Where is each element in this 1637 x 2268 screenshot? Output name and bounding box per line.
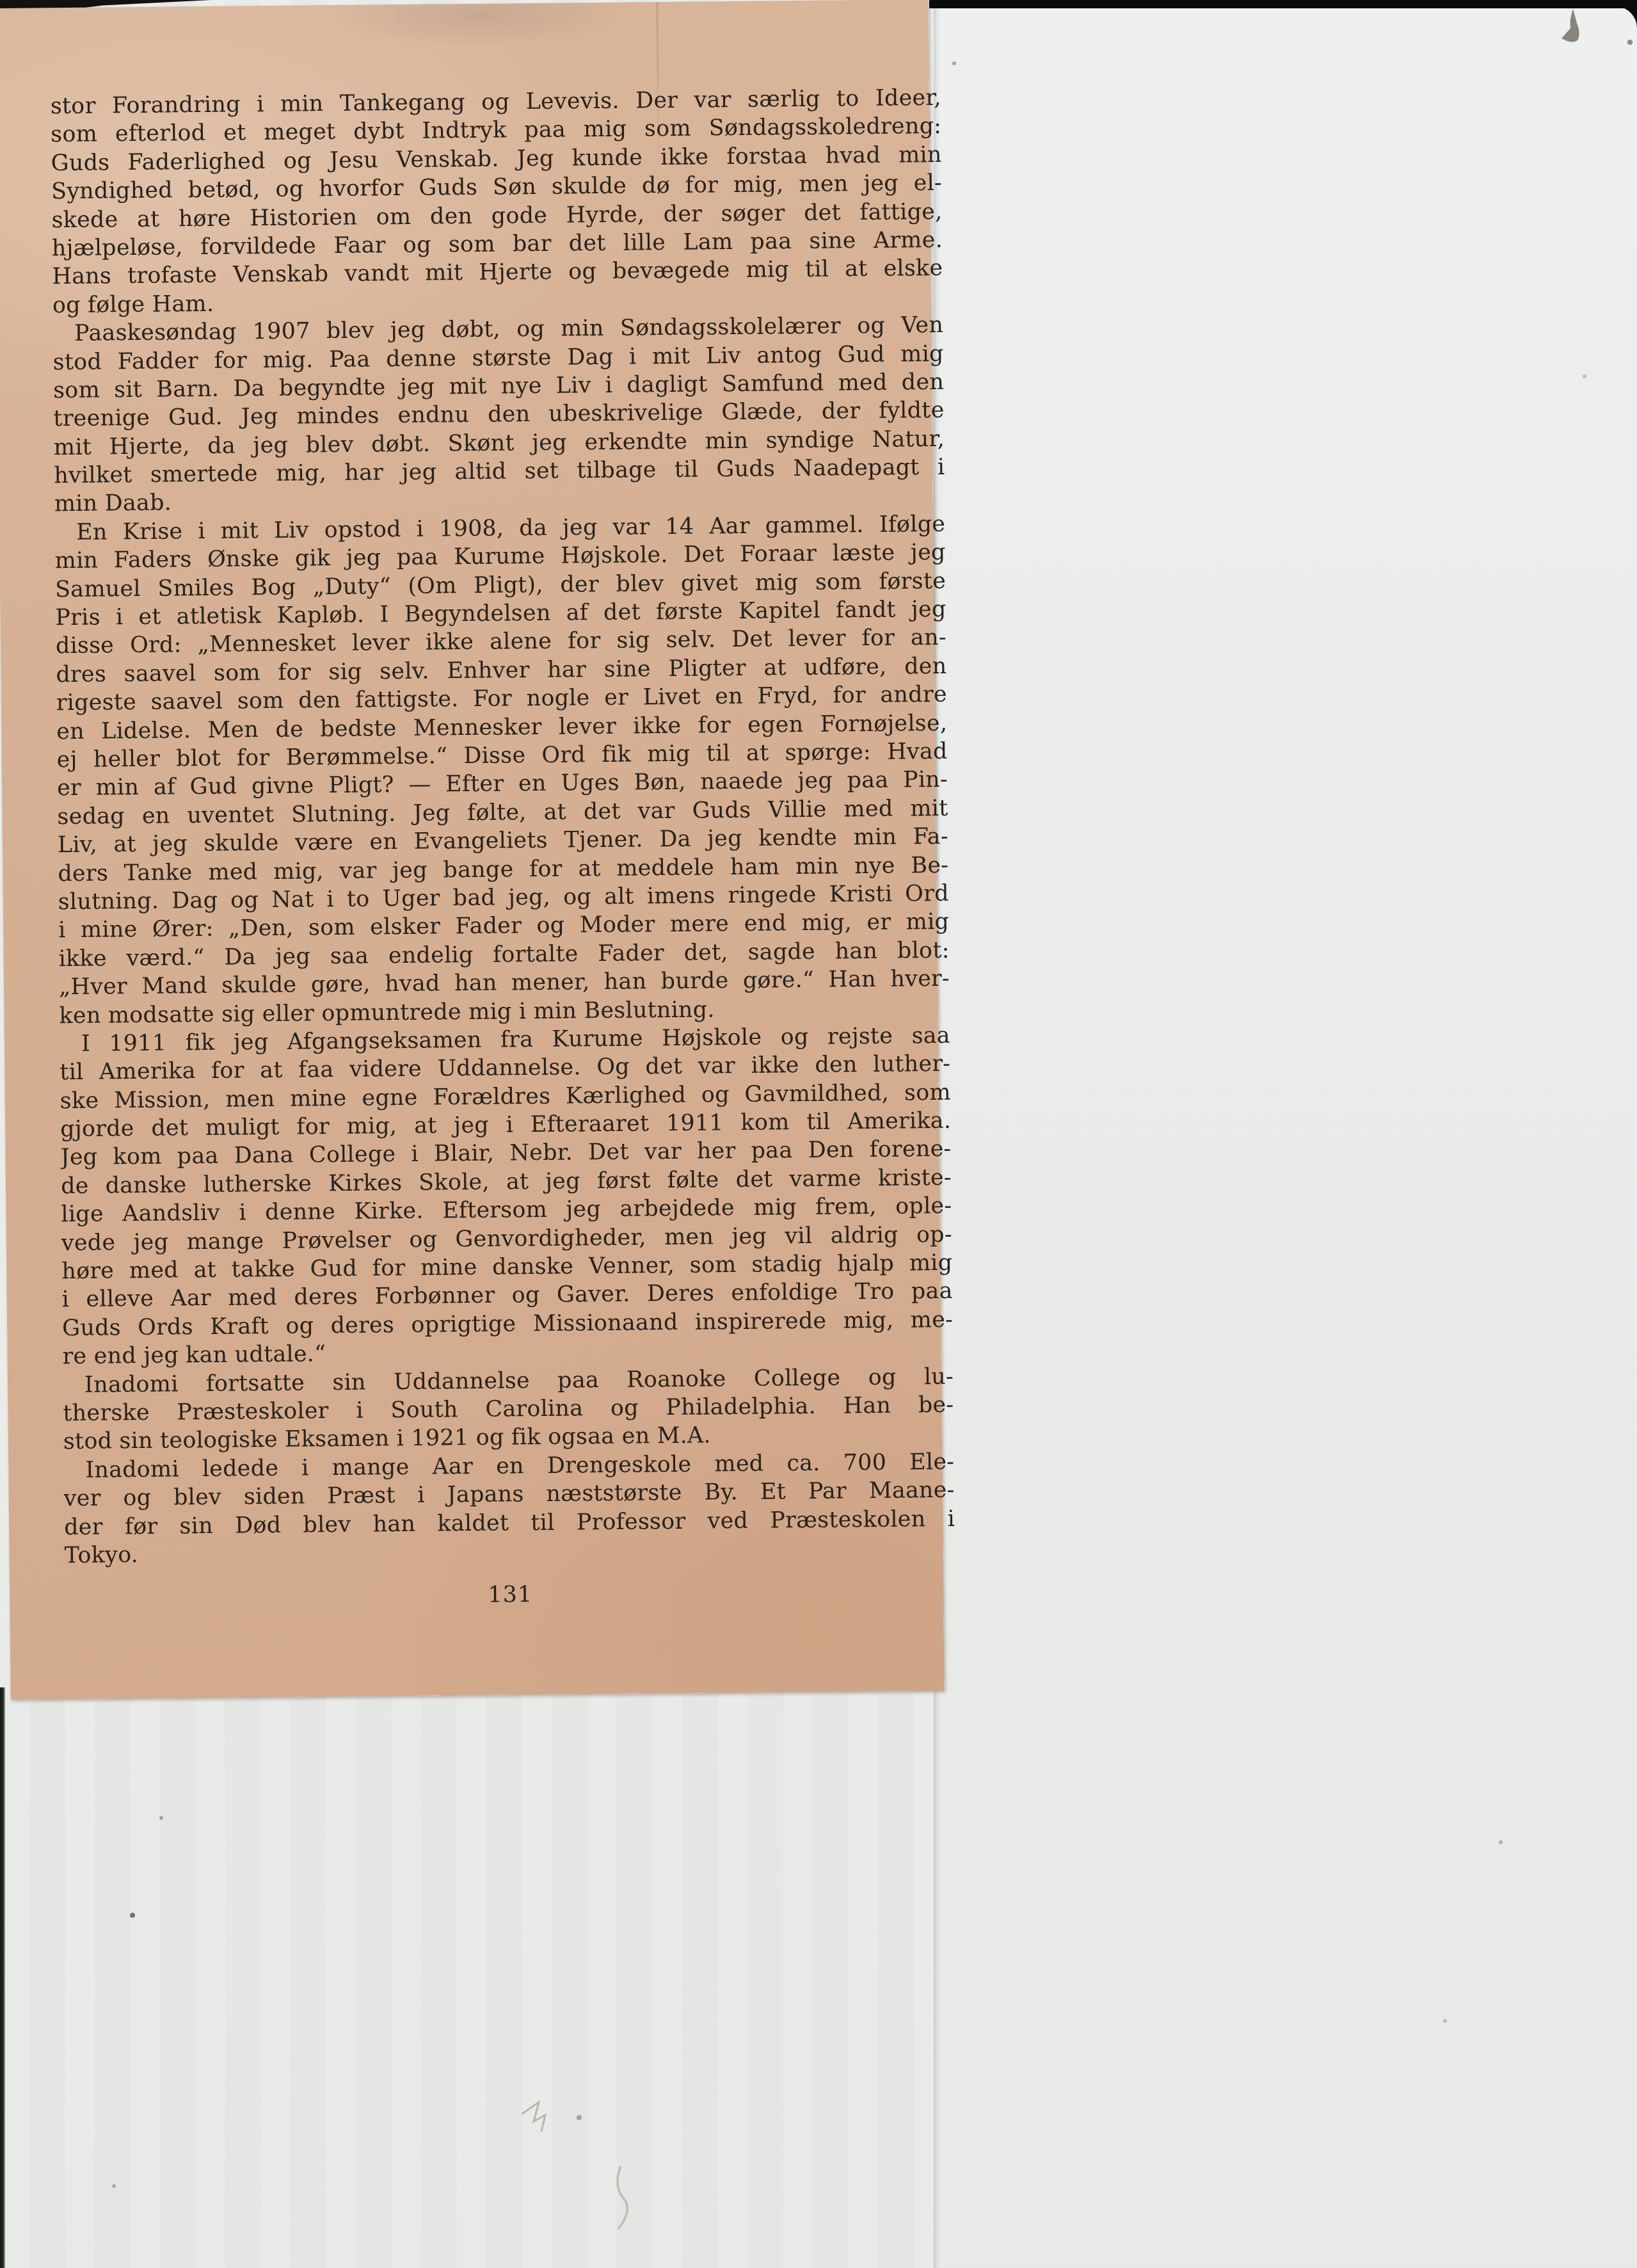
- scanner-edge-strip-left: [0, 1687, 5, 2268]
- page-text-block: stor Forandring i min Tankegang og Levev…: [51, 84, 955, 1570]
- page-number: 131: [65, 1578, 955, 1612]
- white-sheet-rounded-corner: [1599, 6, 1637, 58]
- scanner-bed: stor Forandring i min Tankegang og Levev…: [0, 0, 1637, 2268]
- white-sheet: [934, 5, 1637, 2268]
- scanner-lid-edge-top: [929, 0, 1637, 8]
- pencil-squiggle-icon: [522, 2102, 545, 2132]
- book-page: stor Forandring i min Tankegang og Levev…: [0, 0, 945, 1700]
- pencil-squiggle-icon: [618, 2166, 628, 2229]
